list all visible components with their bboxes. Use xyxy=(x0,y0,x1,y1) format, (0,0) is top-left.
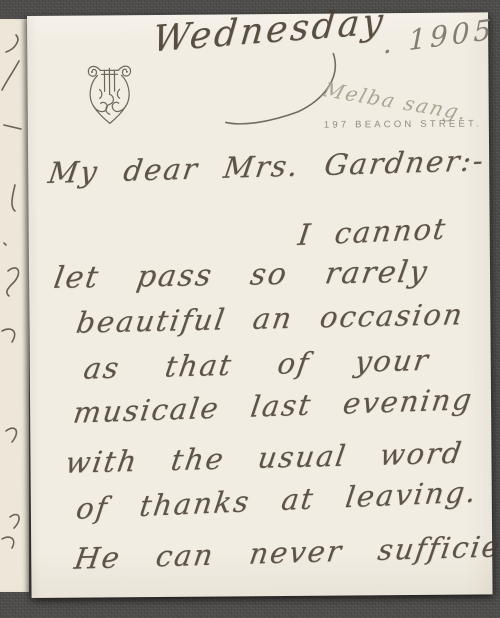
letter-line-2: I cannot xyxy=(296,212,449,253)
letter-line-4: beautiful an occasion xyxy=(74,297,466,340)
letter-line-6: musicale last evening xyxy=(71,382,475,430)
letter-line-5: as that of your xyxy=(82,343,433,386)
letter-page: Wednesday . 1905 Melba sang. 197 BEACON … xyxy=(27,12,493,598)
underlying-page-edge xyxy=(0,19,29,592)
letter-line-7: with the usual word xyxy=(63,436,465,480)
letterhead-address: 197 BEACON STREET. xyxy=(324,118,482,130)
photo-background: Wednesday . 1905 Melba sang. 197 BEACON … xyxy=(0,0,500,618)
letter-line-salutation: My dear Mrs. Gardner:- xyxy=(46,143,487,190)
handwritten-date-year: . 1905 xyxy=(383,13,495,61)
letter-line-9: He can never sufficient- xyxy=(72,528,500,576)
partial-ink-strokes-icon xyxy=(0,19,29,592)
ornamental-lyre-monogram-icon xyxy=(85,61,134,125)
letter-line-3: let pass so rarely xyxy=(51,255,431,296)
letter-line-8: of thanks at leaving. xyxy=(74,474,480,525)
